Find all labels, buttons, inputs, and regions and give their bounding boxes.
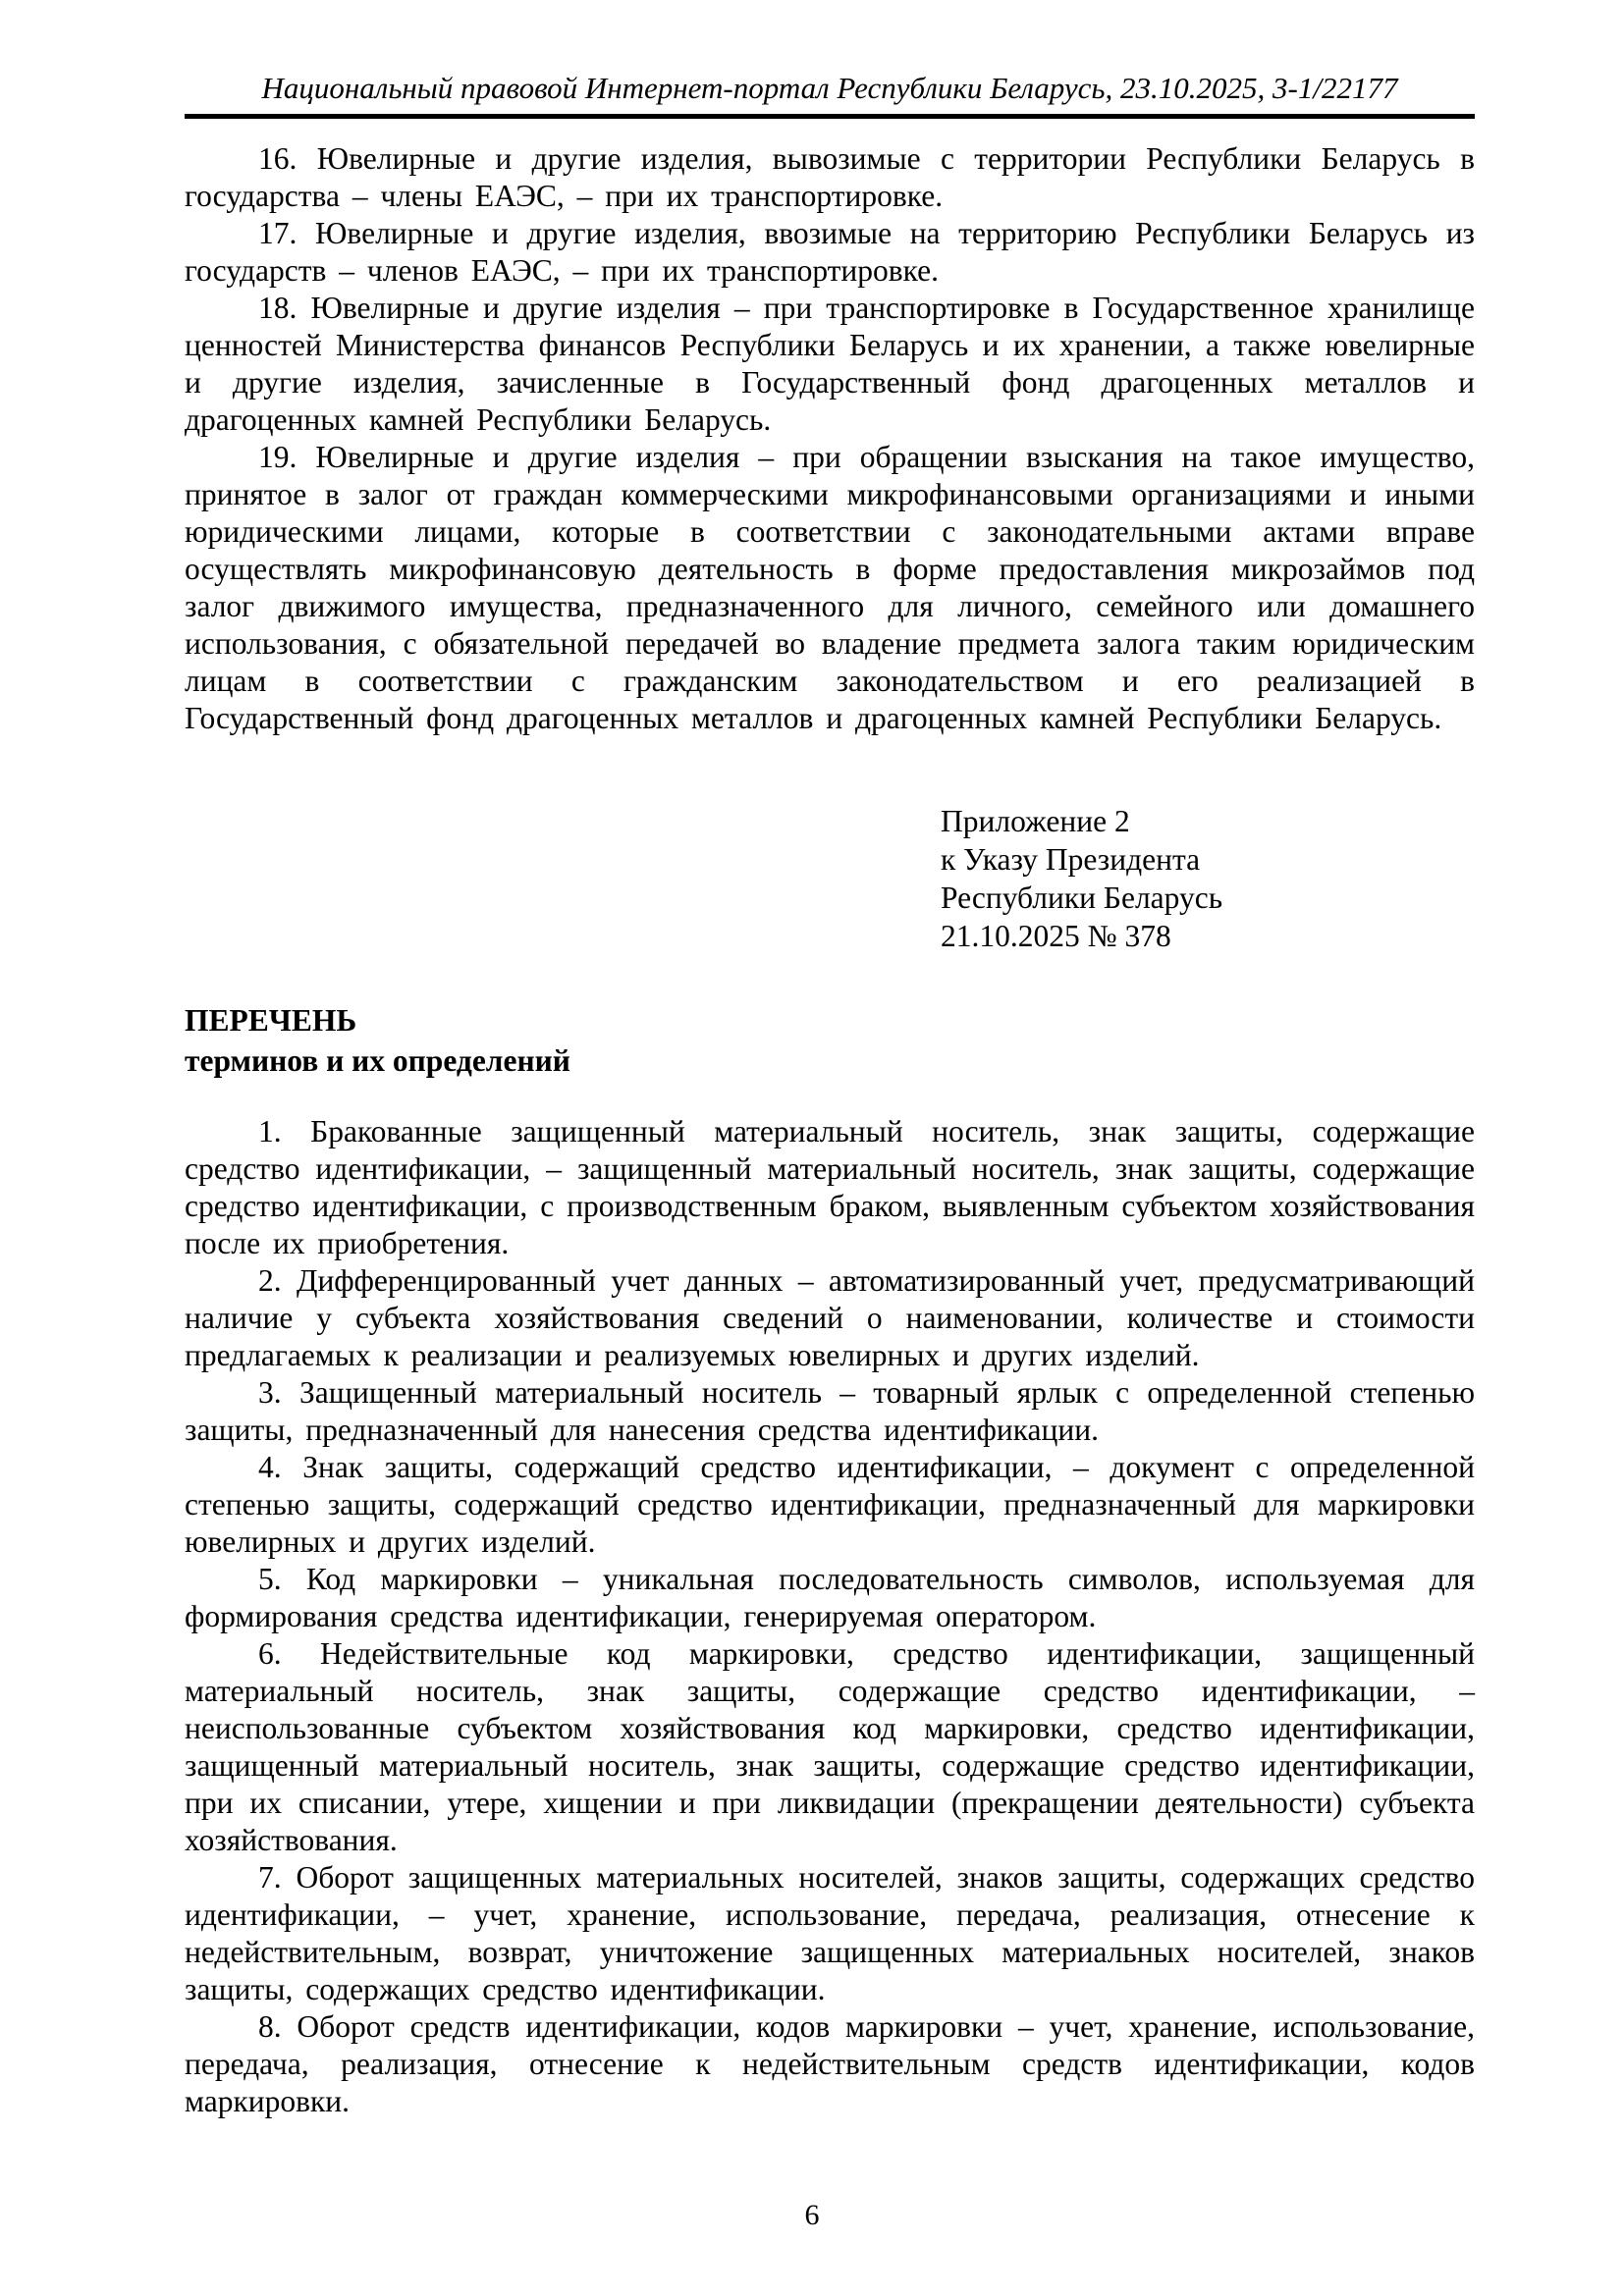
page-number: 6 xyxy=(0,2198,1624,2233)
document-content: Национальный правовой Интернет-портал Ре… xyxy=(185,0,1475,2120)
term-paragraph-6: 6. Недействительные код маркировки, сред… xyxy=(185,1635,1475,1859)
term-paragraph-2: 2. Дифференцированный учет данных – авто… xyxy=(185,1262,1475,1374)
paragraph-17: 17. Ювелирные и другие изделия, ввозимые… xyxy=(185,215,1475,290)
main-paragraphs-block: 16. Ювелирные и другие изделия, вывозимы… xyxy=(185,140,1475,737)
term-paragraph-4: 4. Знак защиты, содержащий средство иден… xyxy=(185,1449,1475,1561)
terms-block: 1. Бракованные защищенный материальный н… xyxy=(185,1113,1475,2120)
paragraph-16: 16. Ювелирные и другие изделия, вывозимы… xyxy=(185,140,1475,215)
annex-line-3: Республики Беларусь xyxy=(941,879,1475,917)
list-title: ПЕРЕЧЕНЬ xyxy=(185,1000,1475,1041)
term-paragraph-8: 8. Оборот средств идентификации, кодов м… xyxy=(185,2008,1475,2120)
annex-reference-block: Приложение 2 к Указу Президента Республи… xyxy=(941,802,1475,955)
annex-line-2: к Указу Президента xyxy=(941,840,1475,879)
list-heading-block: ПЕРЕЧЕНЬ терминов и их определений xyxy=(185,1000,1475,1081)
annex-line-4: 21.10.2025 № 378 xyxy=(941,917,1475,955)
term-paragraph-7: 7. Оборот защищенных материальных носите… xyxy=(185,1859,1475,2008)
paragraph-19: 19. Ювелирные и другие изделия – при обр… xyxy=(185,439,1475,737)
document-page: Национальный правовой Интернет-портал Ре… xyxy=(0,0,1624,2296)
term-paragraph-3: 3. Защищенный материальный носитель – то… xyxy=(185,1374,1475,1449)
paragraph-18: 18. Ювелирные и другие изделия – при тра… xyxy=(185,290,1475,439)
annex-line-1: Приложение 2 xyxy=(941,802,1475,840)
term-paragraph-5: 5. Код маркировки – уникальная последова… xyxy=(185,1561,1475,1635)
list-subtitle: терминов и их определений xyxy=(185,1041,1475,1081)
portal-header: Национальный правовой Интернет-портал Ре… xyxy=(185,0,1475,119)
term-paragraph-1: 1. Бракованные защищенный материальный н… xyxy=(185,1113,1475,1262)
